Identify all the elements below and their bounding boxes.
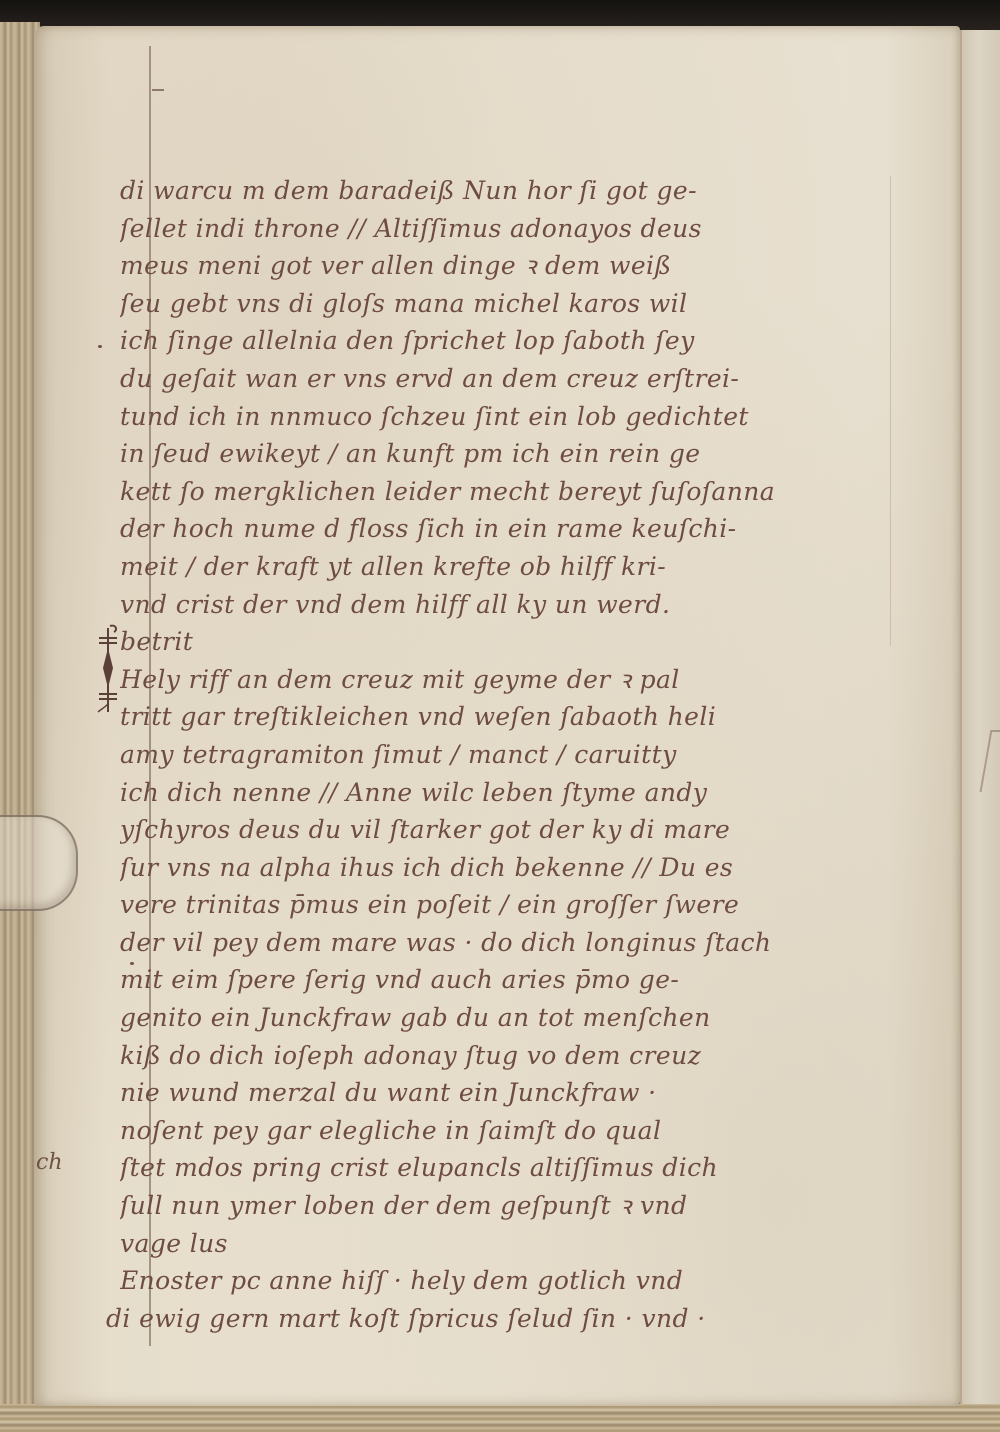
margin-note: ch (36, 1150, 63, 1175)
text-line: di ewig gern mart koſt ſpricus ſelud ſin… (106, 1300, 860, 1338)
page-clip (0, 815, 78, 911)
text-line: meus meni got ver allen dinge ꝛ dem weiß (120, 247, 860, 285)
ink-speck (98, 345, 102, 348)
text-line: kett ſo mergklichen leider mecht bereyt … (120, 473, 860, 511)
text-line: Hely riff an dem creuz mit geyme der ꝛ p… (120, 661, 860, 699)
bottom-page-edges (0, 1404, 1000, 1432)
manuscript-text: di warcu m dem baradeiß Nun hor ſi got g… (120, 172, 860, 1337)
text-line: ſeu gebt vns di gloſs mana michel karos … (120, 285, 860, 323)
text-line: betrit (120, 623, 860, 661)
text-line: ſull nun ymer loben der dem geſpunſt ꝛ v… (120, 1187, 860, 1225)
text-line: vnd crist der vnd dem hilff all ky un we… (120, 586, 860, 624)
text-line: ſtet mdos pring crist elupancls altiſſim… (120, 1149, 860, 1187)
text-line: der vil pey dem mare was · do dich longi… (120, 924, 860, 962)
text-line: di warcu m dem baradeiß Nun hor ſi got g… (120, 172, 860, 210)
text-line: tund ich in nnmuco ſchzeu ſint ein lob g… (120, 398, 860, 436)
nota-sign-icon (96, 624, 120, 714)
text-line: ich dich nenne // Anne wilc leben ſtyme … (120, 774, 860, 812)
text-line: kiß do dich ioſeph adonay ſtug vo dem cr… (120, 1037, 860, 1075)
text-line: in ſeud ewikeyt / an kunft pm ich ein re… (120, 435, 860, 473)
text-line: tritt gar treſtikleichen vnd weſen ſabao… (120, 698, 860, 736)
ruled-margin-line-right (890, 176, 891, 646)
text-line: vere trinitas p̄mus ein poſeit / ein gro… (120, 886, 860, 924)
text-line: der hoch nume d floss ſich in ein rame k… (120, 510, 860, 548)
text-line: yſchyros deus du vil ſtarker got der ky … (120, 811, 860, 849)
text-line: ich ſinge allelnia den ſprichet lop ſabo… (120, 322, 860, 360)
text-line: meit / der kraft yt allen krefte ob hilf… (120, 548, 860, 586)
ruling-prick-mark (152, 89, 164, 91)
text-line: noſent pey gar elegliche in ſaimſt do qu… (120, 1112, 860, 1150)
text-line: genito ein Junckfraw gab du an tot menſc… (120, 999, 860, 1037)
text-line: ſellet indi throne // Altiſſimus adonayo… (120, 210, 860, 248)
text-line: Enoster pc anne hiſſ · hely dem gotlich … (120, 1262, 860, 1300)
text-line: du geſait wan er vns ervd an dem creuz e… (120, 360, 860, 398)
text-line: mit eim ſpere ſerig vnd auch aries p̄mo … (120, 961, 860, 999)
text-line: vage lus (120, 1225, 860, 1263)
text-line: amy tetragramiton ſimut / manct / caruit… (120, 736, 860, 774)
ink-speck (130, 962, 134, 965)
text-line: nie wund merzal du want ein Junckfraw · (120, 1074, 860, 1112)
text-line: ſur vns na alpha ihus ich dich bekenne /… (120, 849, 860, 887)
